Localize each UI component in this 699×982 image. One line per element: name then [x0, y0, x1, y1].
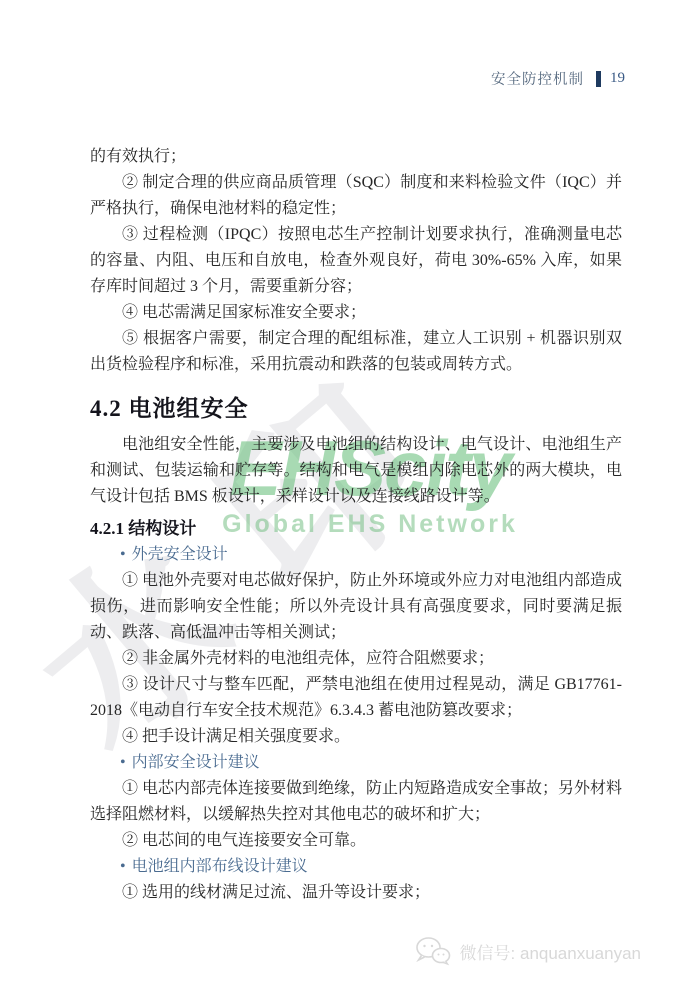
bullet-heading-label: 内部安全设计建议	[132, 754, 260, 771]
paragraph: ② 非金属外壳材料的电池组壳体，应符合阻燃要求；	[90, 646, 622, 672]
paragraph: 的有效执行；	[90, 144, 622, 170]
bullet-dot: •	[120, 546, 126, 563]
wechat-icon	[415, 936, 451, 966]
paragraph: ② 电芯间的电气连接要安全可靠。	[90, 828, 622, 854]
paragraph: ④ 电芯需满足国家标准安全要求；	[90, 300, 622, 326]
bullet-heading: •电池组内部布线设计建议	[90, 854, 622, 880]
paragraph: ① 电池外壳要对电芯做好保护，防止外环境或外应力对电池组内部造成损伤，进而影响安…	[90, 568, 622, 646]
document-page: 水印 EHScity Global EHS Network 安全防控机制 19 …	[0, 0, 699, 982]
page-number: 19	[610, 70, 625, 87]
paragraph: ⑤ 根据客户需要，制定合理的配组标准，建立人工识别 + 机器识别双出货检验程序和…	[90, 326, 622, 378]
page-footer: 微信号: anquanxuanyan	[415, 936, 641, 966]
paragraph: ③ 设计尺寸与整车匹配，严禁电池组在使用过程晃动，满足 GB17761-2018…	[90, 672, 622, 724]
header-section-title: 安全防控机制	[491, 68, 584, 89]
bullet-heading: •外壳安全设计	[90, 542, 622, 568]
bullet-heading-label: 外壳安全设计	[132, 546, 228, 563]
subsection-heading: 4.2.1 结构设计	[90, 516, 622, 542]
paragraph: ① 电芯内部壳体连接要做到绝缘，防止内短路造成安全事故；另外材料选择阻燃材料，以…	[90, 776, 622, 828]
page-header: 安全防控机制 19	[491, 68, 625, 89]
paragraph: ④ 把手设计满足相关强度要求。	[90, 724, 622, 750]
bullet-dot: •	[120, 858, 126, 875]
bullet-heading: •内部安全设计建议	[90, 750, 622, 776]
document-content: 的有效执行；② 制定合理的供应商品质管理（SQC）制度和来料检验文件（IQC）并…	[90, 144, 622, 906]
header-divider-bar	[596, 71, 601, 87]
section-heading: 4.2 电池组安全	[90, 394, 622, 424]
wechat-id-label: 微信号: anquanxuanyan	[460, 939, 641, 964]
paragraph: ③ 过程检测（IPQC）按照电芯生产控制计划要求执行，准确测量电芯的容量、内阻、…	[90, 222, 622, 300]
paragraph: ① 选用的线材满足过流、温升等设计要求；	[90, 880, 622, 906]
bullet-dot: •	[120, 754, 126, 771]
paragraph: ② 制定合理的供应商品质管理（SQC）制度和来料检验文件（IQC）并严格执行，确…	[90, 170, 622, 222]
paragraph: 电池组安全性能，主要涉及电池组的结构设计、电气设计、电池组生产和测试、包装运输和…	[90, 432, 622, 510]
bullet-heading-label: 电池组内部布线设计建议	[132, 858, 308, 875]
